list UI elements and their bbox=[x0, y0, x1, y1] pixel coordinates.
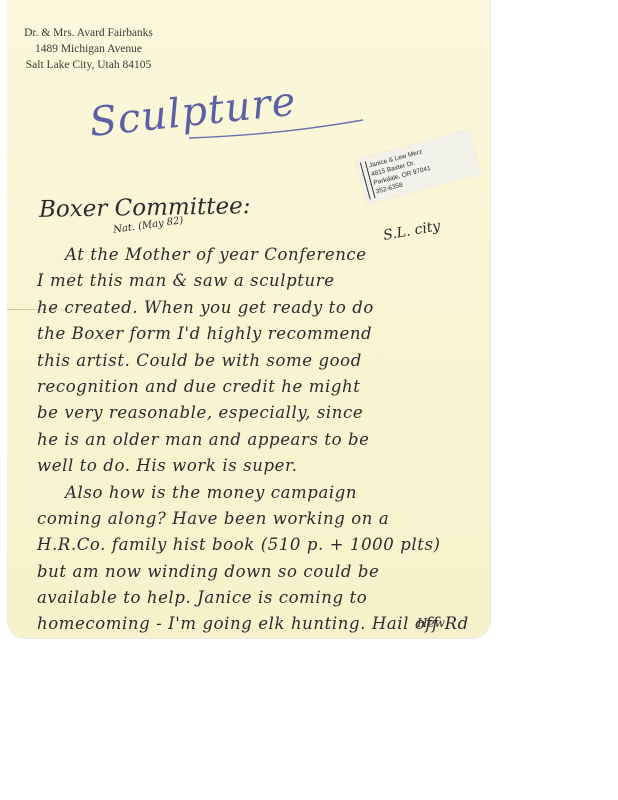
letterhead-city: Salt Lake City, Utah 84105 bbox=[11, 57, 166, 73]
body-line: well to do. His work is super. bbox=[37, 453, 497, 479]
signoff: Hew bbox=[417, 616, 445, 630]
body-line: be very reasonable, especially, since bbox=[37, 400, 497, 426]
address-label-sticker: Janice & Lew Merz 4815 Baxter Dr. Parkda… bbox=[355, 129, 481, 204]
annotation-salt-lake-city: S.L. city bbox=[382, 218, 441, 244]
body-line: he is an older man and appears to be bbox=[37, 427, 497, 453]
body-line: H.R.Co. family hist book (510 p. + 1000 … bbox=[37, 532, 497, 558]
body-line: recognition and due credit he might bbox=[37, 374, 497, 400]
body-line: but am now winding down so could be bbox=[37, 559, 497, 585]
body-line: available to help. Janice is coming to bbox=[37, 585, 497, 611]
body-line: I met this man & saw a sculpture bbox=[37, 268, 497, 294]
letter-body: At the Mother of year Conference I met t… bbox=[37, 242, 497, 638]
letterhead-street: 1489 Michigan Avenue bbox=[11, 41, 166, 57]
letter-page: Dr. & Mrs. Avard Fairbanks 1489 Michigan… bbox=[7, 0, 490, 638]
body-line: he created. When you get ready to do bbox=[37, 295, 497, 321]
body-line: this artist. Could be with some good bbox=[37, 348, 497, 374]
body-line: coming along? Have been working on a bbox=[37, 506, 497, 532]
heading-underline-stroke bbox=[187, 118, 367, 142]
letterhead-name: Dr. & Mrs. Avard Fairbanks bbox=[11, 25, 166, 41]
body-line: Also how is the money campaign bbox=[37, 480, 497, 506]
body-line: At the Mother of year Conference bbox=[37, 242, 497, 268]
body-line: the Boxer form I'd highly recommend bbox=[37, 321, 497, 347]
letterhead: Dr. & Mrs. Avard Fairbanks 1489 Michigan… bbox=[11, 25, 166, 73]
salutation: Boxer Committee: bbox=[39, 193, 251, 223]
